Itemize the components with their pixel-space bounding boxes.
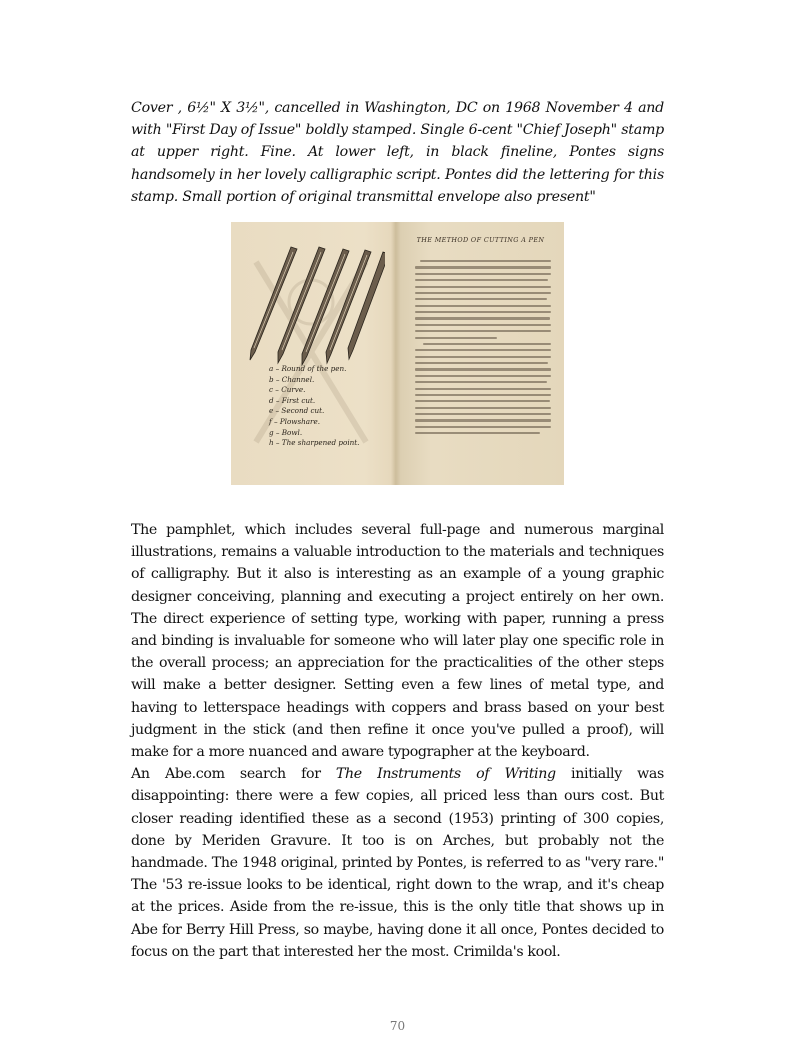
page-number: 70 — [0, 1019, 795, 1033]
legend-item: c – Curve. — [269, 385, 359, 396]
book-title: The Instruments of Writing — [336, 766, 556, 782]
legend-item: d – First cut. — [269, 396, 359, 407]
legend-item: h – The sharpened point. — [269, 438, 359, 449]
right-page-title: THE METHOD OF CUTTING A PEN — [397, 236, 564, 244]
quill-pens-illustration-icon — [245, 242, 385, 367]
legend-item: g – Bowl. — [269, 428, 359, 439]
legend-item: f – Plowshare. — [269, 417, 359, 428]
document-page: Cover , 6½" X 3½", cancelled in Washingt… — [0, 0, 795, 1063]
paragraph: The pamphlet, which includes several ful… — [131, 519, 664, 763]
legend-item: e – Second cut. — [269, 406, 359, 417]
image-caption: Cover , 6½" X 3½", cancelled in Washingt… — [131, 97, 664, 208]
legend-item: a – Round of the pen. — [269, 364, 359, 375]
right-page-text-block — [415, 260, 551, 439]
body-text: The pamphlet, which includes several ful… — [131, 519, 664, 963]
pamphlet-photo: a – Round of the pen. b – Channel. c – C… — [231, 222, 564, 485]
paragraph: An Abe.com search for The Instruments of… — [131, 763, 664, 963]
legend-item: b – Channel. — [269, 375, 359, 386]
photo-left-page: a – Round of the pen. b – Channel. c – C… — [231, 222, 395, 485]
photo-right-page: THE METHOD OF CUTTING A PEN — [397, 222, 564, 485]
pen-parts-legend: a – Round of the pen. b – Channel. c – C… — [269, 364, 359, 449]
